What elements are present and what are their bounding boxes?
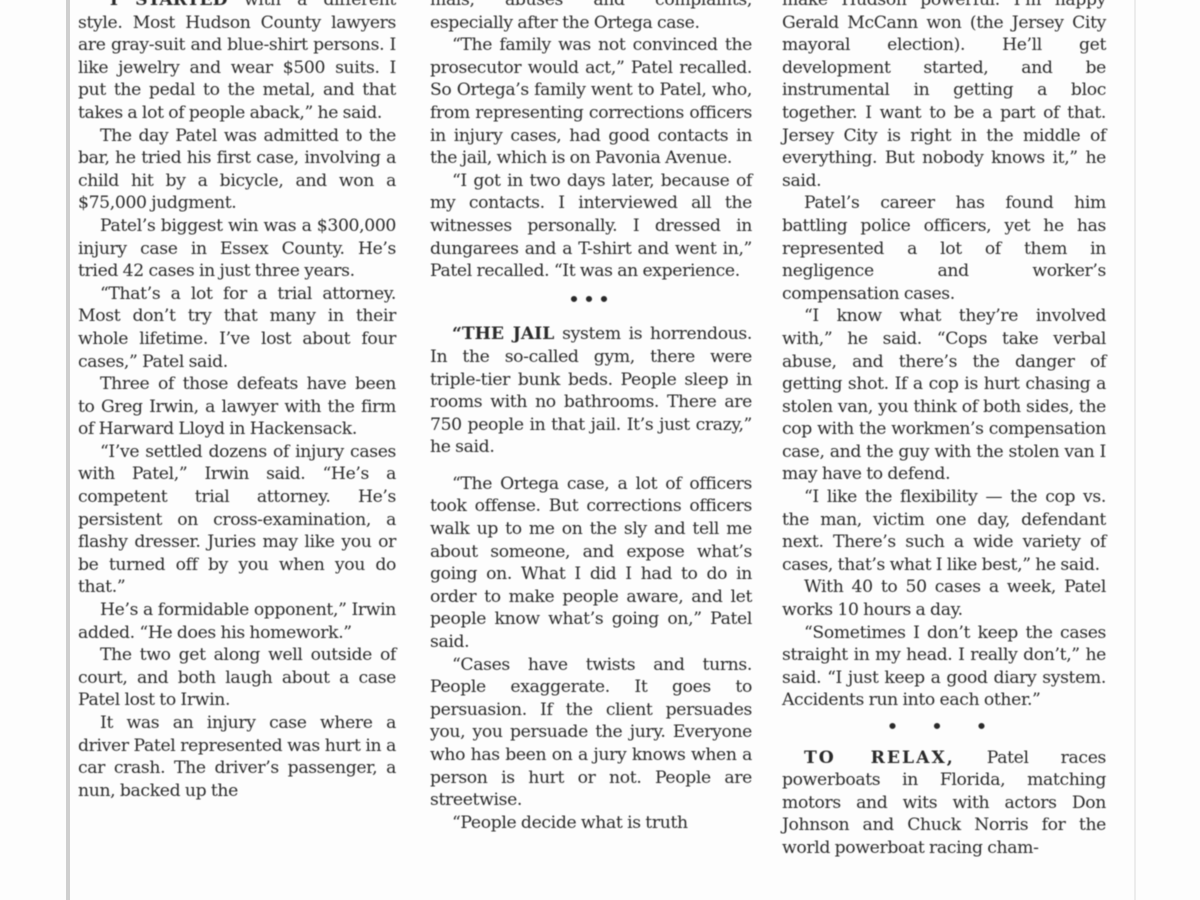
article-column-1: “I STARTED with a different style. Most … bbox=[78, 0, 396, 802]
paragraph: “I got in two days later, because of my … bbox=[430, 170, 752, 283]
paragraph: “I STARTED with a different style. Most … bbox=[78, 0, 396, 125]
paragraph: “THE JAIL system is horrendous. In the s… bbox=[430, 323, 752, 459]
lead-in: TO RELAX, bbox=[804, 748, 955, 768]
paragraph: “Sometimes I don’t keep the cases straig… bbox=[782, 622, 1106, 712]
article-column-2: mals, abuses and complaints, especially … bbox=[430, 0, 752, 834]
paragraph: “I like the flexibility — the cop vs. th… bbox=[782, 486, 1106, 576]
paragraph: mals, abuses and complaints, especially … bbox=[430, 0, 752, 34]
left-margin-rule bbox=[66, 0, 70, 900]
paragraph: “Cases have twists and turns. People exa… bbox=[430, 654, 752, 812]
section-separator: • • • bbox=[782, 716, 1106, 739]
paragraph: The day Patel was admitted to the bar, h… bbox=[78, 125, 396, 215]
article-column-3: make Hudson powerful. I’m happy Gerald M… bbox=[782, 0, 1106, 860]
paragraph: TO RELAX, Patel races powerboats in Flor… bbox=[782, 747, 1106, 860]
paragraph: With 40 to 50 cases a week, Patel works … bbox=[782, 576, 1106, 621]
paragraph: It was an injury case where a driver Pat… bbox=[78, 712, 396, 802]
paragraph: “That’s a lot for a trial attorney. Most… bbox=[78, 283, 396, 373]
paragraph: Patel’s career has found him battling po… bbox=[782, 192, 1106, 305]
paragraph: “The family was not convinced the prosec… bbox=[430, 34, 752, 170]
lead-in: “THE JAIL bbox=[452, 324, 554, 344]
paragraph: He’s a formidable opponent,” Irwin added… bbox=[78, 599, 396, 644]
lead-in: “I STARTED bbox=[100, 0, 228, 10]
paragraph: Patel’s biggest win was a $300,000 injur… bbox=[78, 215, 396, 283]
right-margin-rule bbox=[1134, 0, 1136, 900]
paragraph: “The Ortega case, a lot of officers took… bbox=[430, 473, 752, 654]
newspaper-page: “I STARTED with a different style. Most … bbox=[0, 0, 1200, 900]
paragraph: Three of those defeats have been to Greg… bbox=[78, 373, 396, 441]
paragraph: The two get along well outside of court,… bbox=[78, 644, 396, 712]
section-separator: ••• bbox=[430, 289, 752, 312]
paragraph: “I’ve settled dozens of injury cases wit… bbox=[78, 441, 396, 599]
paragraph: “People decide what is truth bbox=[430, 812, 752, 835]
paragraph: “I know what they’re involved with,” he … bbox=[782, 305, 1106, 486]
paragraph: make Hudson powerful. I’m happy Gerald M… bbox=[782, 0, 1106, 192]
paragraph-gap bbox=[430, 459, 752, 473]
